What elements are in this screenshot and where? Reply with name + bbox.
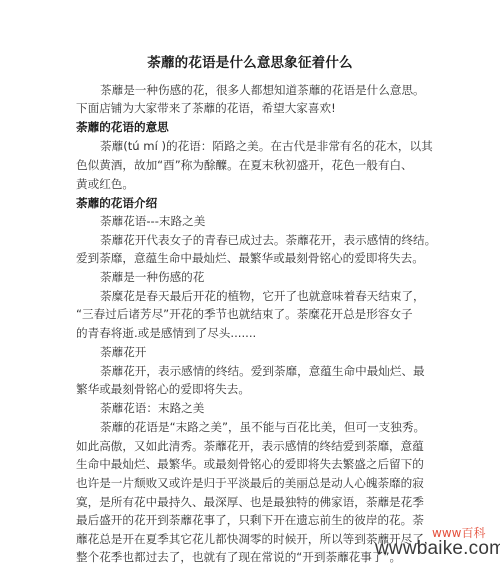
paragraph-line: 寞，是所有花中最持久、最深厚、也是最独特的佛家语，荼蘼是花季: [76, 495, 424, 509]
article-title: 荼蘼的花语是什么意思象征着什么: [0, 51, 500, 71]
subheading: 荼蘼花语：末路之美: [100, 401, 204, 415]
paragraph-line: 如此高傲，又如此清秀。荼蘼花开，表示感情的终结爱到荼靡，意蕴: [76, 439, 424, 453]
subheading: 荼蘼花开: [100, 345, 146, 359]
paragraph-line: 荼蘼的花语是“末路之美”，虽不能与百花比美，但可一支独秀。: [100, 420, 425, 434]
section-heading-meaning: 荼蘼的花语的意思: [76, 120, 169, 134]
paragraph-line: 荼蘼花开代表女子的青春已成过去。荼蘼花开，表示感情的终结。: [100, 233, 436, 247]
paragraph-line: 黄或红色。: [76, 177, 134, 191]
paragraph-line: 色似黄酒，故加“酉”称为酴醾。在夏末秋初盛开，花色一般有白、: [76, 158, 413, 172]
watermark-url: wwwbaike.com: [375, 538, 500, 560]
paragraph-line: “三春过后诸芳尽”开花的季节也就结束了。荼糜花开总是形容女子: [76, 307, 413, 321]
intro-line-2: 下面店铺为大家带来了茶蘼的花语，希望大家喜欢!: [76, 101, 336, 115]
paragraph-line: 最后盛开的花开到荼蘼花事了，只剩下开在遗忘前生的彼岸的花。荼: [76, 513, 424, 527]
intro-line-1: 茶蘼是一种伤感的花，很多人都想知道茶蘼的花语是什么意思。: [100, 83, 425, 97]
paragraph-line: 荼蘼(tú mí )的花语：陌路之美。在古代是非常有名的花木，以其: [100, 139, 433, 153]
paragraph-line: 整个花季也都过去了，也就有了现在常说的“开到荼蘼花事了”。: [76, 550, 401, 564]
subheading: 荼蘼是一种伤感的花: [100, 270, 204, 284]
paragraph-line: 繁华或最刻骨铭心的爱即将失去。: [76, 382, 250, 396]
paragraph-line: 荼蘼花开，表示感情的终结。爱到荼靡，意蕴生命中最灿烂、最: [100, 364, 425, 378]
paragraph-line: 荼糜花是春天最后开花的植物，它开了也就意味着春天结束了，: [100, 289, 425, 303]
paragraph-line: 生命中最灿烂、最繁华。或最刻骨铭心的爱即将失去繁盛之后留下的: [76, 457, 424, 471]
paragraph-line: 也许是一片颓败又或许是归于平淡最后的美丽总是动人心魄荼靡的寂: [76, 476, 424, 490]
subheading: 荼蘼花语---末路之美: [100, 214, 205, 228]
paragraph-line: 爱到荼靡，意蕴生命中最灿烂、最繁华或最刻骨铭心的爱即将失去。: [76, 251, 424, 265]
paragraph-line: 的青春将逝.或是感情到了尽头.......: [76, 326, 256, 340]
section-heading-intro: 荼蘼的花语介绍: [76, 196, 157, 210]
